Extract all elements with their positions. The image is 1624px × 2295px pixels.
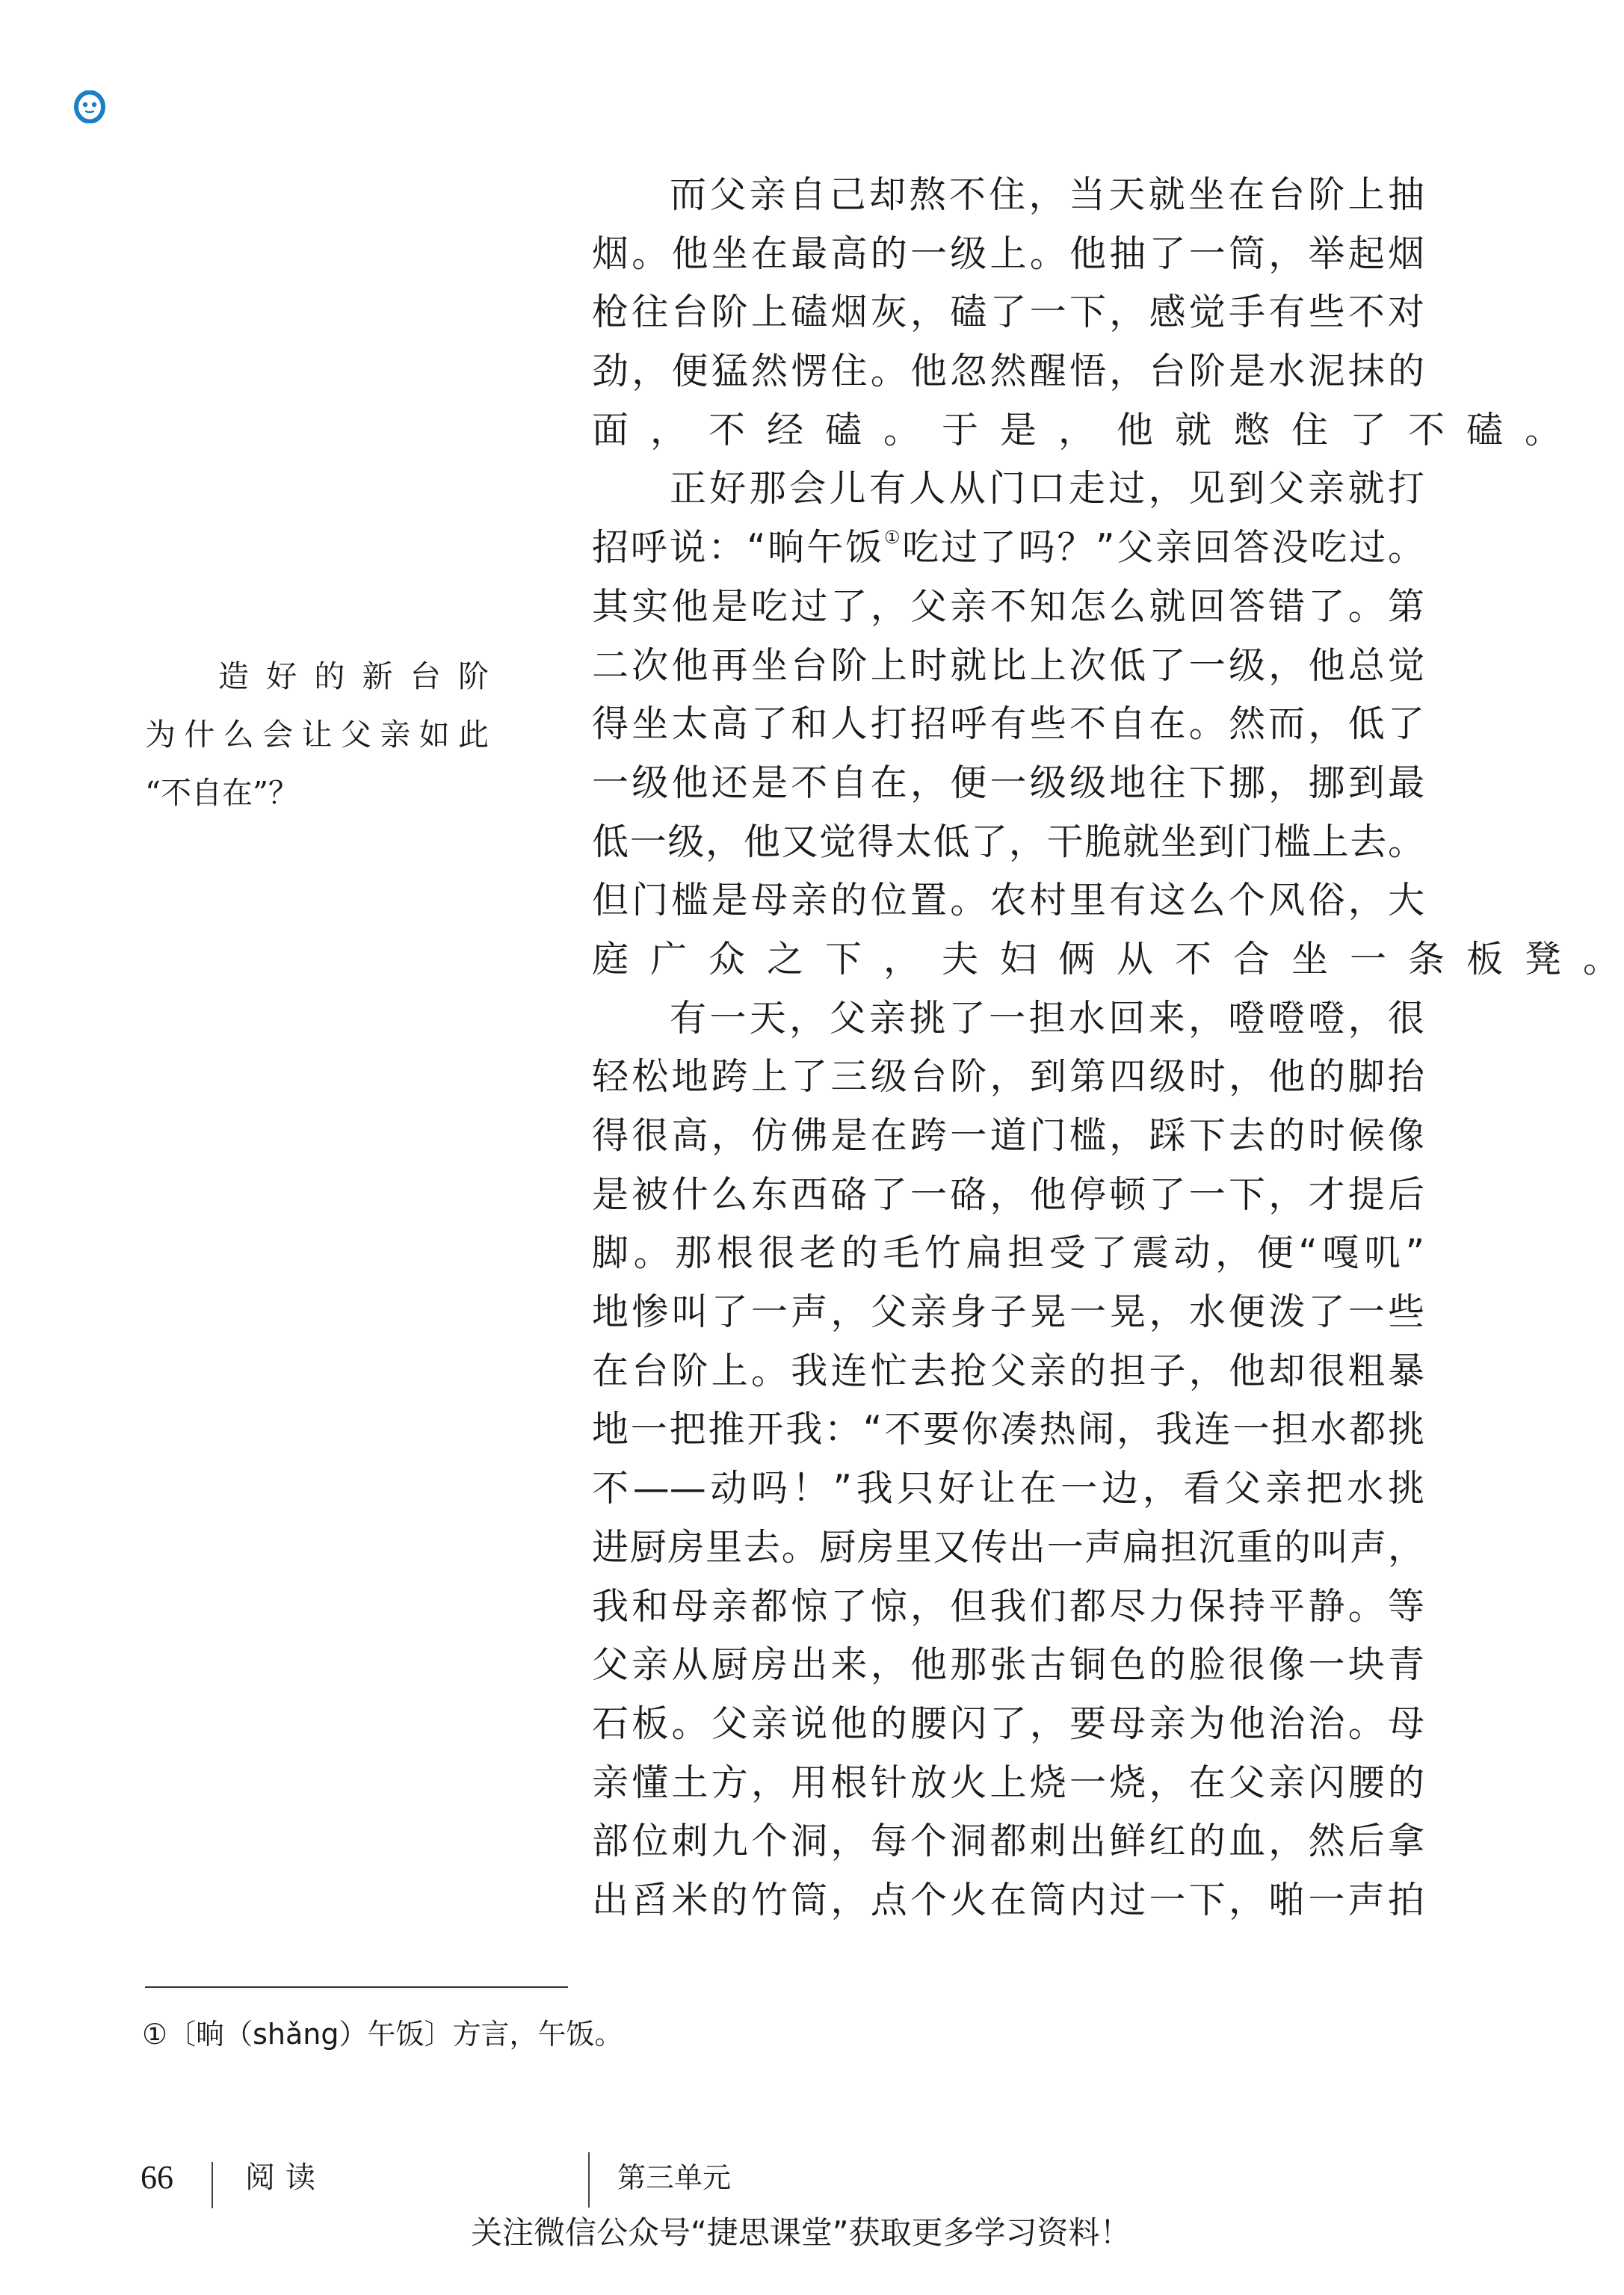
footnote-divider bbox=[145, 1986, 568, 1988]
paragraph-line: 父亲从厨房出来，他那张古铜色的脸很像一块青 bbox=[592, 1636, 1424, 1695]
paragraph-line: 劲，便猛然愣住。他忽然醒悟，台阶是水泥抹的 bbox=[592, 342, 1424, 401]
promo-text: 关注微信公众号“捷思课堂”获取更多学习资料！ bbox=[471, 2214, 1147, 2252]
paragraph-line: 在台阶上。我连忙去抢父亲的担子，他却很粗暴 bbox=[592, 1342, 1424, 1401]
footer-divider bbox=[588, 2152, 590, 2208]
footer-divider bbox=[212, 2162, 213, 2208]
paragraph-line: 而父亲自己却熬不住，当天就坐在台阶上抽 bbox=[592, 166, 1424, 225]
paragraph-line: 二次他再坐台阶上时就比上次低了一级，他总觉 bbox=[592, 637, 1424, 696]
paragraph-line: 地惨叫了一声，父亲身子晃一晃，水便泼了一些 bbox=[592, 1283, 1424, 1342]
unit-label: 第三单元 bbox=[617, 2158, 731, 2197]
page-number: 66 bbox=[141, 2158, 173, 2197]
paragraph-line: 是被什么东西硌了一硌，他停顿了一下，才提后 bbox=[592, 1166, 1424, 1225]
paragraph-line: 一级他还是不自在，便一级级地往下挪，挪到最 bbox=[592, 754, 1424, 813]
paragraph-line: 脚。那根很老的毛竹扁担受了震动，便“嘎叽” bbox=[592, 1224, 1424, 1283]
smiley-face-icon bbox=[73, 90, 106, 123]
paragraph-line: 其实他是吃过了，父亲不知怎么就回答错了。第 bbox=[592, 578, 1424, 637]
main-body-text: 而父亲自己却熬不住，当天就坐在台阶上抽 烟。他坐在最高的一级上。他抽了一筒，举起… bbox=[592, 166, 1424, 1930]
paragraph-line: 正好那会儿有人从门口走过，见到父亲就打 bbox=[592, 460, 1424, 519]
paragraph-line-with-footnote: 招呼说：“晌午饭①吃过了吗？”父亲回答没吃过。 bbox=[592, 519, 1424, 578]
paragraph-line: 得很高，仿佛是在跨一道门槛，踩下去的时候像 bbox=[592, 1107, 1424, 1166]
section-label: 阅读 bbox=[245, 2158, 326, 2197]
paragraph-line: 枪往台阶上磕烟灰，磕了一下，感觉手有些不对 bbox=[592, 283, 1424, 342]
side-note-line: “不自在”？ bbox=[145, 764, 489, 822]
paragraph-line: 有一天，父亲挑了一担水回来，噔噔噔，很 bbox=[592, 989, 1424, 1048]
paragraph-line: 面，不经磕。于是，他就憋住了不磕。 bbox=[592, 401, 1424, 460]
side-note-line: 造好的新台阶 bbox=[145, 647, 489, 705]
line-part: 招呼说：“晌午饭 bbox=[592, 526, 884, 569]
side-note-question: 造好的新台阶 为什么会让父亲如此 “不自在”？ bbox=[145, 647, 489, 822]
line-part: 吃过了吗？”父亲回答没吃过。 bbox=[902, 526, 1424, 569]
paragraph-line: 出舀米的竹筒，点个火在筒内过一下，啪一声拍 bbox=[592, 1871, 1424, 1930]
paragraph-line: 地一把推开我：“不要你凑热闹，我连一担水都挑 bbox=[592, 1400, 1424, 1460]
paragraph-line: 不——动吗！”我只好让在一边，看父亲把水挑 bbox=[592, 1460, 1424, 1519]
paragraph-line: 烟。他坐在最高的一级上。他抽了一筒，举起烟 bbox=[592, 225, 1424, 284]
paragraph-line: 低一级，他又觉得太低了，干脆就坐到门槛上去。 bbox=[592, 813, 1424, 872]
paragraph-line: 得坐太高了和人打招呼有些不自在。然而，低了 bbox=[592, 695, 1424, 754]
paragraph-line: 进厨房里去。厨房里又传出一声扁担沉重的叫声， bbox=[592, 1519, 1424, 1578]
side-note-line: 为什么会让父亲如此 bbox=[145, 705, 489, 764]
paragraph-line: 石板。父亲说他的腰闪了，要母亲为他治治。母 bbox=[592, 1695, 1424, 1754]
footnote: ①〔晌（shǎng）午饭〕方言，午饭。 bbox=[142, 2015, 623, 2054]
paragraph-line: 部位刺九个洞，每个洞都刺出鲜红的血，然后拿 bbox=[592, 1812, 1424, 1871]
paragraph-line: 但门槛是母亲的位置。农村里有这么个风俗，大 bbox=[592, 871, 1424, 930]
paragraph-line: 轻松地跨上了三级台阶，到第四级时，他的脚抬 bbox=[592, 1048, 1424, 1107]
paragraph-line: 我和母亲都惊了惊，但我们都尽力保持平静。等 bbox=[592, 1578, 1424, 1637]
paragraph-line: 庭广众之下，夫妇俩从不合坐一条板凳。 bbox=[592, 930, 1424, 989]
paragraph-line: 亲懂土方，用根针放火上烧一烧，在父亲闪腰的 bbox=[592, 1754, 1424, 1813]
footnote-marker[interactable]: ① bbox=[884, 527, 902, 548]
